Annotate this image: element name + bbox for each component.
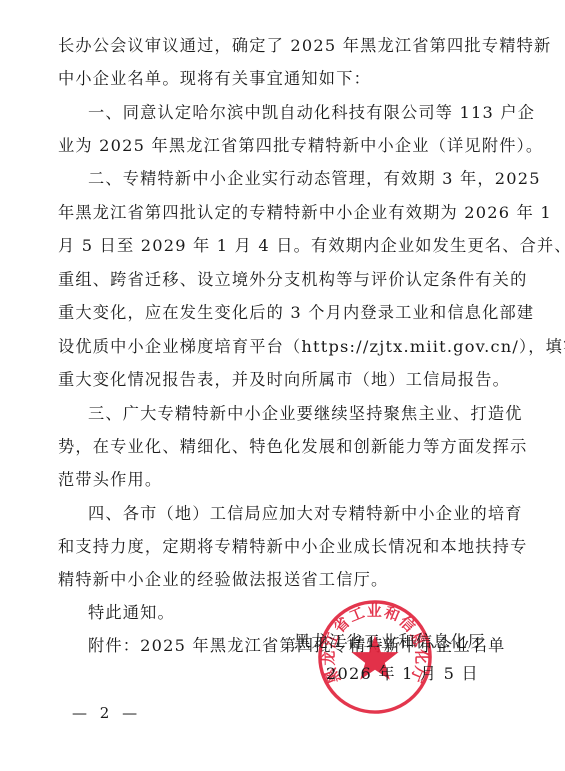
text-line: 四、各市（地）工信局应加大对专精特新中小企业的培育	[88, 504, 462, 524]
text-line: 重大变化情况报告表，并及时向所属市（地）工信局报告。	[58, 370, 462, 390]
text-line: 三、广大专精特新中小企业要继续坚持聚焦主业、打造优	[88, 404, 462, 424]
text-line: 和支持力度，定期将专精特新中小企业成长情况和本地扶持专	[58, 537, 462, 557]
page-number: — 2 —	[72, 704, 141, 722]
text-line: 重组、跨省迁移、设立境外分支机构等与评价认定条件有关的	[58, 270, 462, 290]
text-line: 势，在专业化、精细化、特色化发展和创新能力等方面发挥示	[58, 437, 462, 457]
text-line: 月 5 日至 2029 年 1 月 4 日。有效期内企业如发生更名、合并、	[58, 236, 462, 256]
text-line: 业为 2025 年黑龙江省第四批专精特新中小企业（详见附件）。	[58, 136, 462, 156]
official-seal-icon: 黑龙江省工业和信息化厅	[316, 598, 434, 716]
text-line: 设优质中小企业梯度培育平台（https://zjtx.miit.gov.cn/）…	[58, 337, 462, 357]
document-page: 长办公会议审议通过，确定了 2025 年黑龙江省第四批专精特新中小企业名单。现将…	[0, 0, 565, 771]
text-line: 中小企业名单。现将有关事宜通知如下：	[58, 69, 462, 89]
text-line: 年黑龙江省第四批认定的专精特新中小企业有效期为 2026 年 1	[58, 203, 462, 223]
text-line: 一、同意认定哈尔滨中凯自动化科技有限公司等 113 户企	[88, 103, 462, 123]
signature-organization: 黑龙江省工业和信息化厅	[294, 628, 485, 652]
text-line: 二、专精特新中小企业实行动态管理，有效期 3 年，2025	[88, 169, 462, 189]
text-line: 长办公会议审议通过，确定了 2025 年黑龙江省第四批专精特新	[58, 36, 462, 56]
text-line: 重大变化，应在发生变化后的 3 个月内登录工业和信息化部建	[58, 303, 462, 323]
signature-date: 2026 年 1 月 5 日	[326, 660, 479, 684]
text-line: 精特新中小企业的经验做法报送省工信厅。	[58, 570, 462, 590]
text-line: 范带头作用。	[58, 470, 462, 490]
